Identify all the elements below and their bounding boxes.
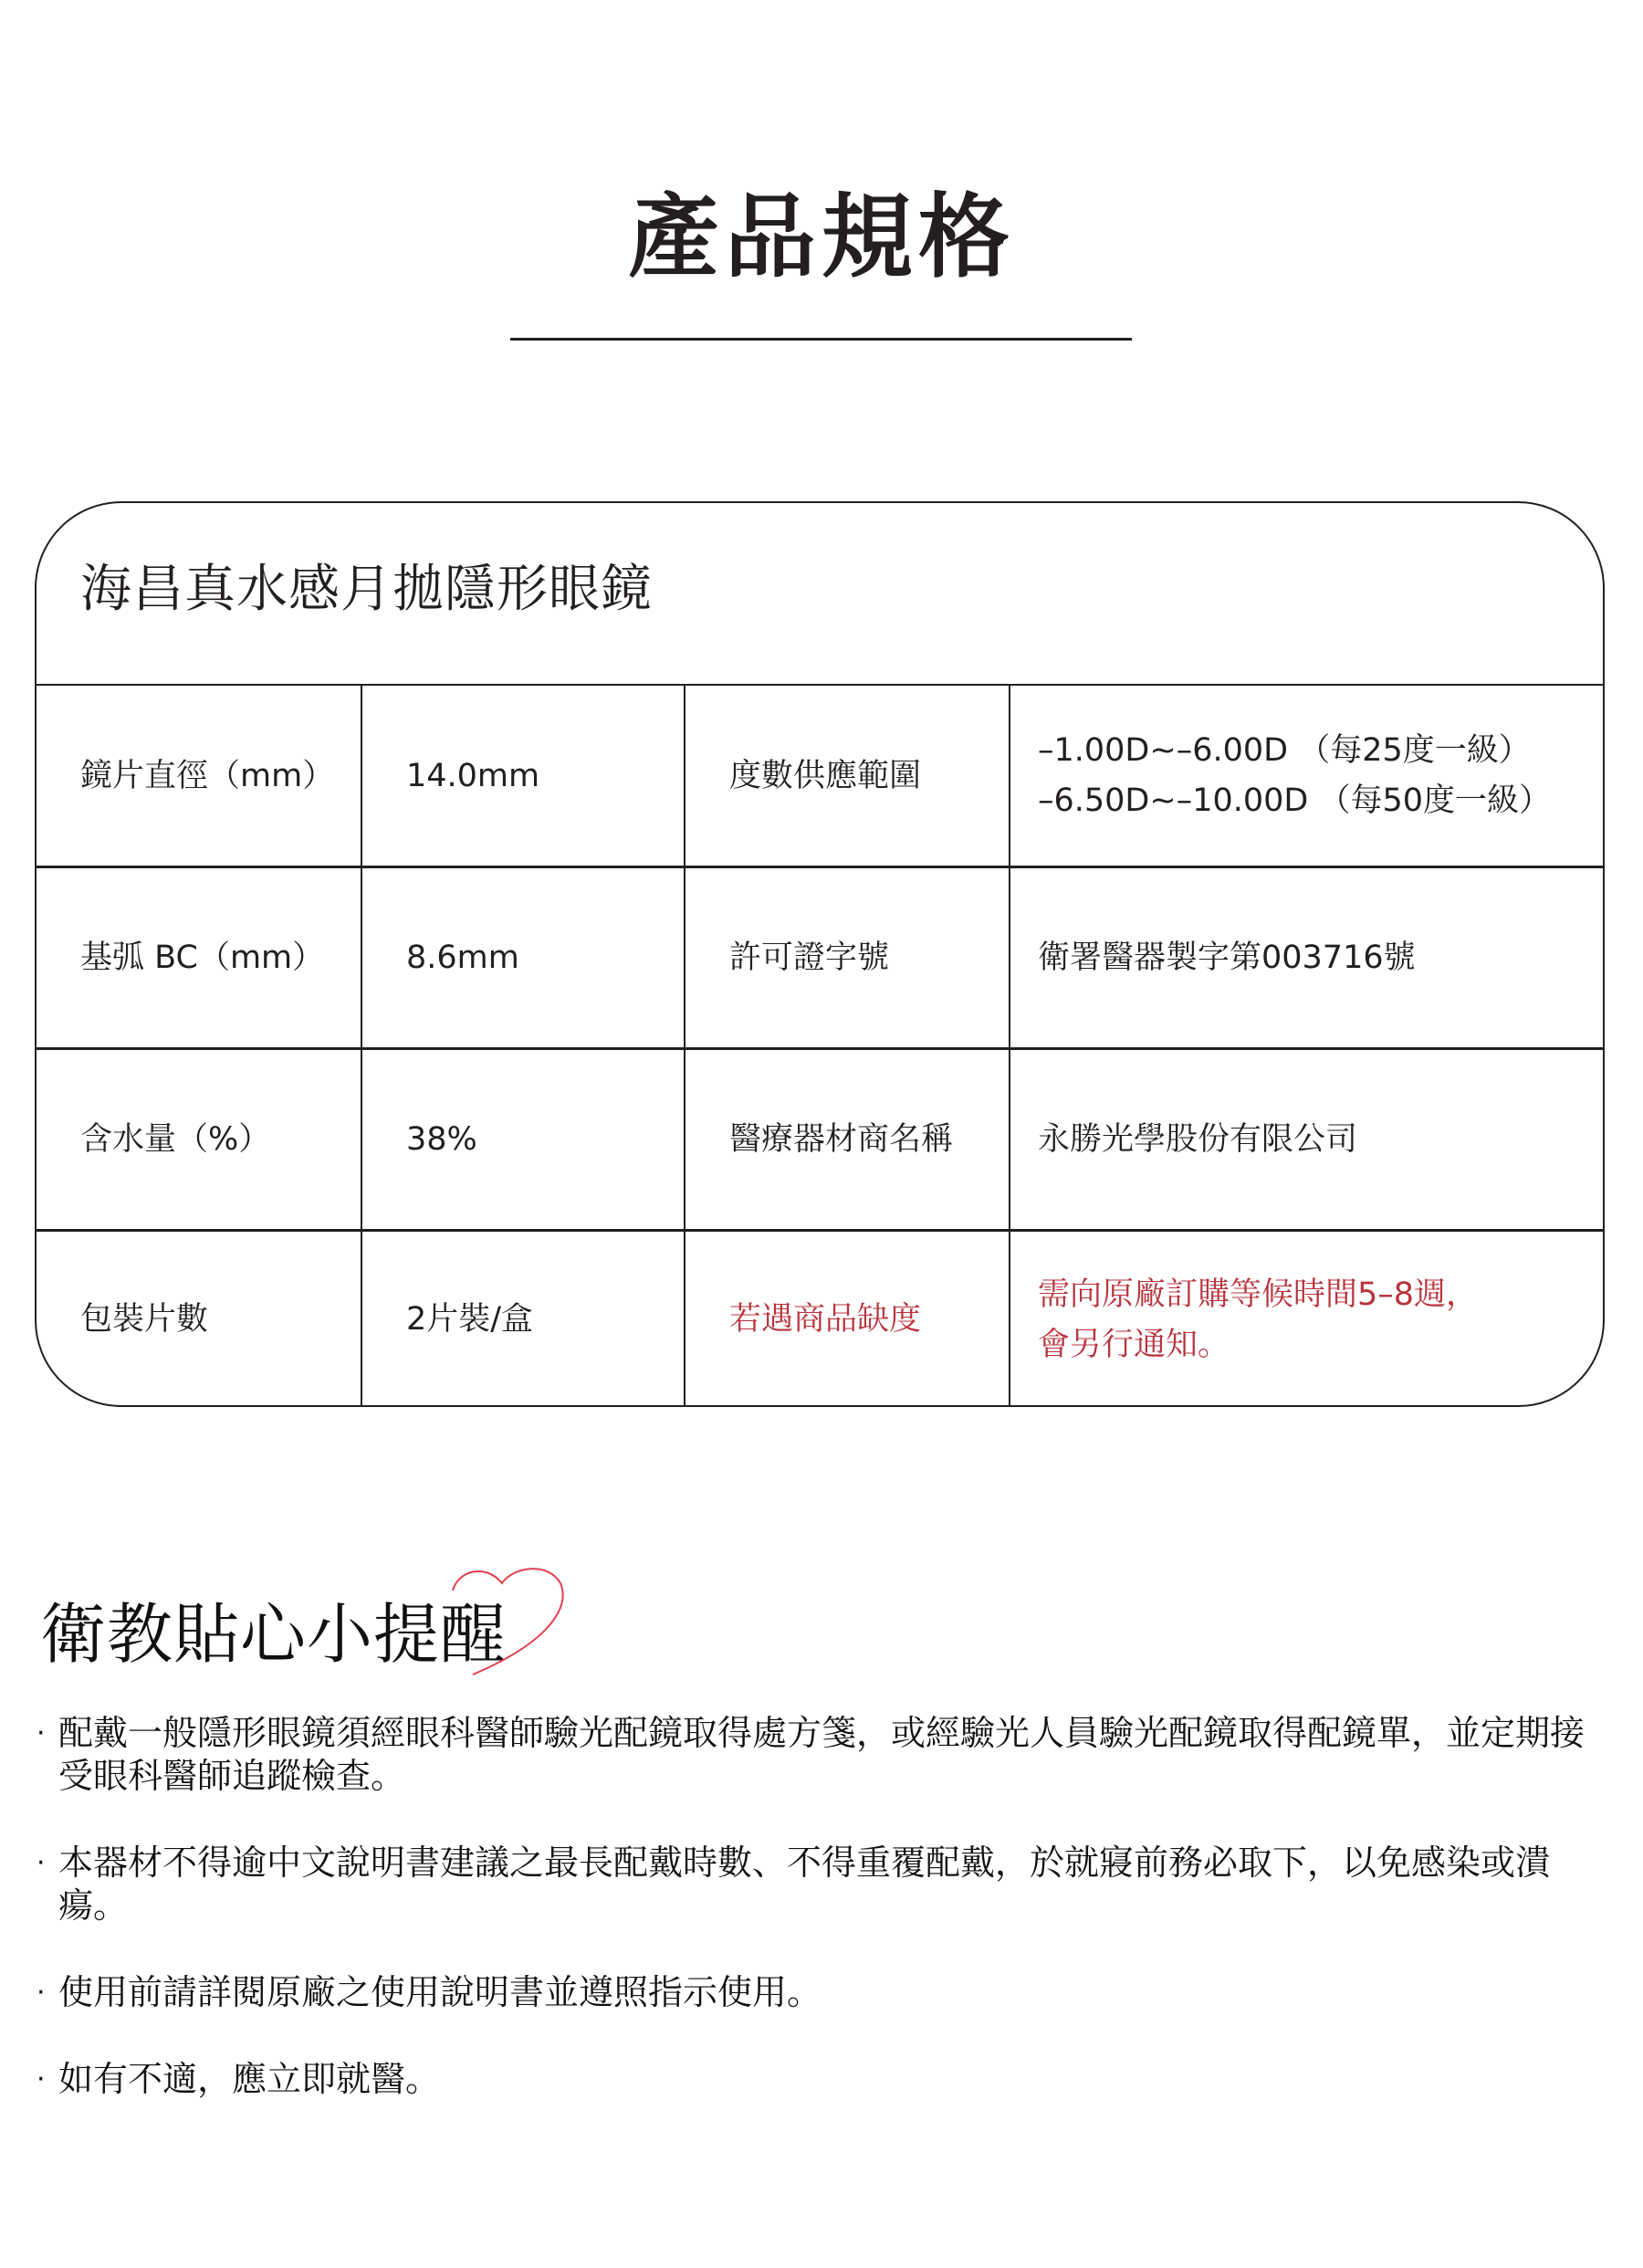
bullet-icon: ·: [37, 2058, 46, 2101]
bullet-icon: ·: [37, 1842, 46, 1885]
tip-item: · 配戴一般隱形眼鏡須經眼科醫師驗光配鏡取得處方箋，或經驗光人員驗光配鏡取得配鏡…: [37, 1712, 1606, 1798]
product-name: 海昌真水感月拋隱形眼鏡: [80, 558, 653, 622]
out-of-stock-note: 需向原廠訂購等候時間5–8週， 會另行通知。: [1009, 1231, 1603, 1407]
tip-item: · 本器材不得逾中文說明書建議之最長配戴時數、不得重覆配戴，於就寢前務必取下，以…: [37, 1842, 1606, 1927]
title-divider: [510, 338, 1132, 341]
tip-text: 配戴一般隱形眼鏡須經眼科醫師驗光配鏡取得處方箋，或經驗光人員驗光配鏡取得配鏡單，…: [58, 1713, 1585, 1796]
spec-label: 基弧 BC（mm）: [37, 867, 361, 1048]
spec-label: 含水量（%）: [37, 1049, 361, 1230]
bullet-icon: ·: [37, 1971, 46, 2014]
spec-table: 鏡片直徑（mm） 14.0mm 度數供應範圍 –1.00D~–6.00D （每2…: [37, 686, 1603, 1405]
table-row: 包裝片數 2片裝/盒 若遇商品缺度 需向原廠訂購等候時間5–8週， 會另行通知。: [37, 1231, 1603, 1407]
spec-value: –1.00D~–6.00D （每25度一級） –6.50D~–10.00D （每…: [1009, 686, 1603, 866]
spec-label: 包裝片數: [37, 1231, 361, 1407]
tip-text: 本器材不得逾中文說明書建議之最長配戴時數、不得重覆配戴，於就寢前務必取下，以免感…: [58, 1843, 1550, 1926]
page-title: 產品規格: [0, 183, 1643, 292]
spec-value: 永勝光學股份有限公司: [1009, 1049, 1603, 1230]
tips-list: · 配戴一般隱形眼鏡須經眼科醫師驗光配鏡取得處方箋，或經驗光人員驗光配鏡取得配鏡…: [37, 1712, 1606, 2145]
spec-value: 衛署醫器製字第003716號: [1009, 867, 1603, 1048]
spec-label: 鏡片直徑（mm）: [37, 686, 361, 866]
table-row: 鏡片直徑（mm） 14.0mm 度數供應範圍 –1.00D~–6.00D （每2…: [37, 686, 1603, 866]
spec-label: 許可證字號: [684, 867, 1009, 1048]
tip-text: 如有不適，應立即就醫。: [58, 2059, 440, 2099]
heart-icon: [445, 1563, 569, 1677]
tips-heading: 衛教貼心小提醒: [40, 1593, 507, 1675]
spec-label: 醫療器材商名稱: [684, 1049, 1009, 1230]
spec-card: 海昌真水感月拋隱形眼鏡 鏡片直徑（mm） 14.0mm 度數供應範圍 –1.00…: [35, 501, 1605, 1407]
power-range-line: –1.00D~–6.00D （每25度一級）: [1038, 726, 1551, 776]
spec-card-header: 海昌真水感月拋隱形眼鏡: [37, 503, 1603, 686]
note-line: 需向原廠訂購等候時間5–8週，: [1038, 1270, 1478, 1320]
tip-text: 使用前請詳閱原廠之使用說明書並遵照指示使用。: [58, 1972, 821, 2012]
bullet-icon: ·: [37, 1712, 46, 1755]
tip-item: · 如有不適，應立即就醫。: [37, 2058, 1606, 2101]
spec-value: 8.6mm: [361, 867, 685, 1048]
table-row: 基弧 BC（mm） 8.6mm 許可證字號 衛署醫器製字第003716號: [37, 867, 1603, 1048]
spec-value: 14.0mm: [361, 686, 685, 866]
note-line: 會另行通知。: [1038, 1320, 1478, 1370]
power-range-line: –6.50D~–10.00D （每50度一級）: [1038, 776, 1551, 826]
spec-value: 38%: [361, 1049, 685, 1230]
spec-label: 度數供應範圍: [684, 686, 1009, 866]
table-row: 含水量（%） 38% 醫療器材商名稱 永勝光學股份有限公司: [37, 1049, 1603, 1230]
spec-value: 2片裝/盒: [361, 1231, 685, 1407]
tip-item: · 使用前請詳閱原廠之使用說明書並遵照指示使用。: [37, 1971, 1606, 2014]
out-of-stock-label: 若遇商品缺度: [684, 1231, 1009, 1407]
